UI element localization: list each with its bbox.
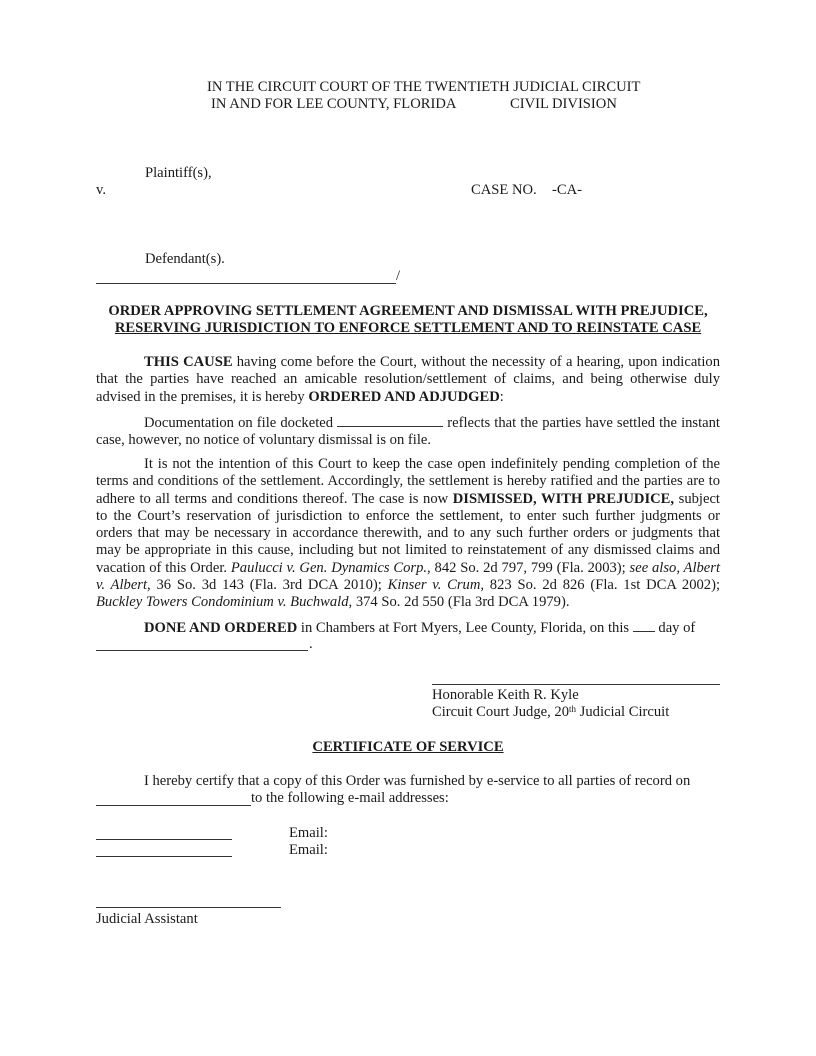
judge-signature-line[interactable] xyxy=(432,684,720,685)
judicial-assistant-signature-line[interactable] xyxy=(96,907,281,908)
email-label-2: Email: xyxy=(289,842,328,859)
certificate-text-line2: to the following e-mail addresses: xyxy=(251,790,449,807)
docket-date-blank[interactable] xyxy=(337,414,443,427)
colon: : xyxy=(500,389,504,405)
paragraph-text: day of xyxy=(655,620,696,636)
defendant-label: Defendant(s). xyxy=(145,251,225,268)
paragraph-done-ordered: DONE AND ORDERED in Chambers at Fort Mye… xyxy=(96,619,720,637)
citation-text: , 36 So. 3d 143 (Fla. 3rd DCA 2010); xyxy=(147,577,388,593)
order-title-line2: RESERVING JURISDICTION TO ENFORCE SETTLE… xyxy=(115,320,701,336)
caption-end-slash: / xyxy=(396,268,400,285)
email-label-1: Email: xyxy=(289,825,328,842)
day-blank[interactable] xyxy=(633,619,655,632)
citation-kinser: Kinser v. Crum xyxy=(388,577,481,593)
citation-buckley: Buckley Towers Condominium v. Buchwald, xyxy=(96,594,352,610)
recipient-blank-2[interactable] xyxy=(96,856,232,857)
period: . xyxy=(309,636,313,653)
paragraph-this-cause: THIS CAUSE having come before the Court,… xyxy=(96,354,720,406)
case-number-label: CASE NO. xyxy=(471,182,537,199)
dismissed-with-prejudice: DISMISSED, WITH PREJUDICE, xyxy=(453,491,674,507)
caption-divider-line xyxy=(96,283,396,284)
court-name-line1: IN THE CIRCUIT COURT OF THE TWENTIETH JU… xyxy=(207,79,640,96)
this-cause-lead: THIS CAUSE xyxy=(144,354,233,370)
order-title-line1: ORDER APPROVING SETTLEMENT AGREEMENT AND… xyxy=(0,303,816,320)
paragraph-dismissal: It is not the intention of this Court to… xyxy=(96,456,720,612)
ordinal-suffix: th xyxy=(569,704,576,714)
paragraph-text: in Chambers at Fort Myers, Lee County, F… xyxy=(297,620,633,636)
paragraph-documentation: Documentation on file docketed reflects … xyxy=(96,414,720,450)
certificate-text-line1: I hereby certify that a copy of this Ord… xyxy=(144,773,690,790)
case-number-value: -CA- xyxy=(552,182,582,199)
citation-paulucci: Paulucci v. Gen. Dynamics Corp. xyxy=(231,560,427,576)
citation-text: 374 So. 2d 550 (Fla 3rd DCA 1979). xyxy=(352,594,569,610)
judge-title-text: Circuit Court Judge, 20 xyxy=(432,704,569,720)
done-and-ordered: DONE AND ORDERED xyxy=(144,620,297,636)
judge-title-text: Judicial Circuit xyxy=(576,704,669,720)
judge-title: Circuit Court Judge, 20th Judicial Circu… xyxy=(432,704,669,721)
ordered-adjudged: ORDERED AND ADJUDGED xyxy=(308,389,499,405)
order-title-line2-wrap: RESERVING JURISDICTION TO ENFORCE SETTLE… xyxy=(0,320,816,337)
citation-text: , 842 So. 2d 797, 799 (Fla. 2003); xyxy=(427,560,629,576)
paragraph-text: Documentation on file docketed xyxy=(144,415,337,431)
judicial-assistant-label: Judicial Assistant xyxy=(96,911,198,928)
certificate-heading: CERTIFICATE OF SERVICE xyxy=(312,739,503,755)
service-date-blank[interactable] xyxy=(96,805,251,806)
citation-text: , 823 So. 2d 826 (Fla. 1st DCA 2002); xyxy=(480,577,720,593)
certificate-heading-wrap: CERTIFICATE OF SERVICE xyxy=(0,739,816,756)
month-year-blank[interactable] xyxy=(96,650,308,651)
recipient-blank-1[interactable] xyxy=(96,839,232,840)
court-division: CIVIL DIVISION xyxy=(510,96,617,113)
plaintiff-label: Plaintiff(s), xyxy=(145,165,212,182)
versus-label: v. xyxy=(96,182,106,199)
court-county-line: IN AND FOR LEE COUNTY, FLORIDA xyxy=(211,96,456,113)
judge-name: Honorable Keith R. Kyle xyxy=(432,687,579,704)
